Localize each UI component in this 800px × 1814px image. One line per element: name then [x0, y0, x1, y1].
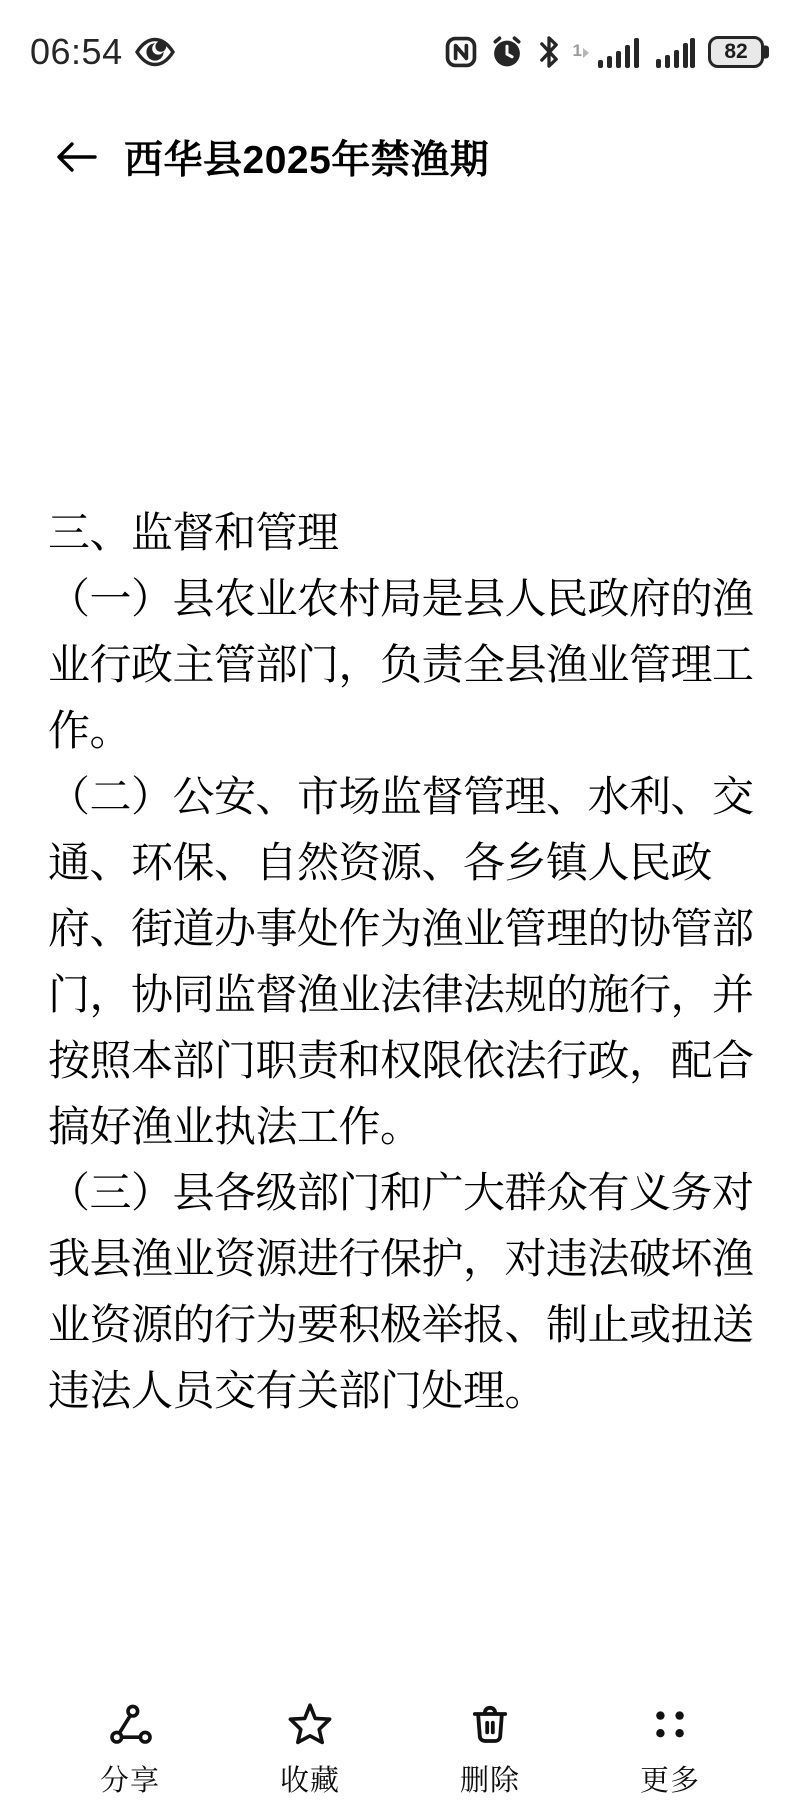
article-line: 通、环保、自然资源、各乡镇人民政 [48, 830, 764, 896]
favorite-button[interactable]: 收藏 [220, 1700, 400, 1799]
article-line: （二）公安、市场监督管理、水利、交 [48, 764, 764, 830]
page: 06:54 1 [0, 0, 800, 1814]
bottom-toolbar: 分享 收藏 删除 [0, 1700, 800, 1799]
article-line: （一）县农业农村局是县人民政府的渔 [48, 566, 764, 632]
article-line: 搞好渔业执法工作。 [48, 1094, 764, 1160]
nfc-icon [444, 35, 478, 69]
more-icon [646, 1700, 694, 1748]
page-title: 西华县2025年禁渔期 [124, 129, 489, 185]
battery-percent: 82 [724, 40, 747, 64]
article-line: 按照本部门职责和权限依法行政，配合 [48, 1028, 764, 1094]
signal-sim2-icon [655, 34, 697, 70]
clock-time: 06:54 [30, 31, 123, 73]
article-line: 业行政主管部门，负责全县渔业管理工 [48, 632, 764, 698]
signal-sim1-icon [596, 34, 644, 70]
article-line: 业资源的行为要积极举报、制止或扭送 [48, 1292, 764, 1358]
status-bar: 06:54 1 [0, 24, 800, 80]
back-button[interactable] [52, 133, 100, 181]
article-body: 三、监督和管理 （一）县农业农村局是县人民政府的渔 业行政主管部门，负责全县渔业… [48, 500, 764, 1424]
article-line: 府、街道办事处作为渔业管理的协管部 [48, 896, 764, 962]
share-icon [106, 1700, 154, 1748]
eye-comfort-icon [133, 36, 177, 68]
star-icon [286, 1700, 334, 1748]
alarm-icon [489, 34, 525, 70]
article-line: 作。 [48, 698, 764, 764]
sim-arrow-icon [583, 48, 589, 58]
article-line: 我县渔业资源进行保护，对违法破坏渔 [48, 1226, 764, 1292]
trash-icon [466, 1700, 514, 1748]
article-line: 违法人员交有关部门处理。 [48, 1358, 764, 1424]
more-label: 更多 [640, 1758, 700, 1799]
header: 西华县2025年禁渔期 [0, 126, 800, 188]
more-button[interactable]: 更多 [580, 1700, 760, 1799]
battery-icon: 82 [708, 36, 764, 68]
article-line: 门，协同监督渔业法律法规的施行，并 [48, 962, 764, 1028]
favorite-label: 收藏 [280, 1758, 340, 1799]
bluetooth-icon [536, 34, 562, 70]
sim1-indicator: 1 [573, 42, 589, 62]
share-button[interactable]: 分享 [40, 1700, 220, 1799]
article-line: （三）县各级部门和广大群众有义务对 [48, 1160, 764, 1226]
delete-button[interactable]: 删除 [400, 1700, 580, 1799]
delete-label: 删除 [460, 1758, 520, 1799]
battery-nub [764, 46, 769, 59]
share-label: 分享 [100, 1758, 160, 1799]
back-arrow-icon [54, 137, 98, 177]
article-line: 三、监督和管理 [48, 500, 764, 566]
